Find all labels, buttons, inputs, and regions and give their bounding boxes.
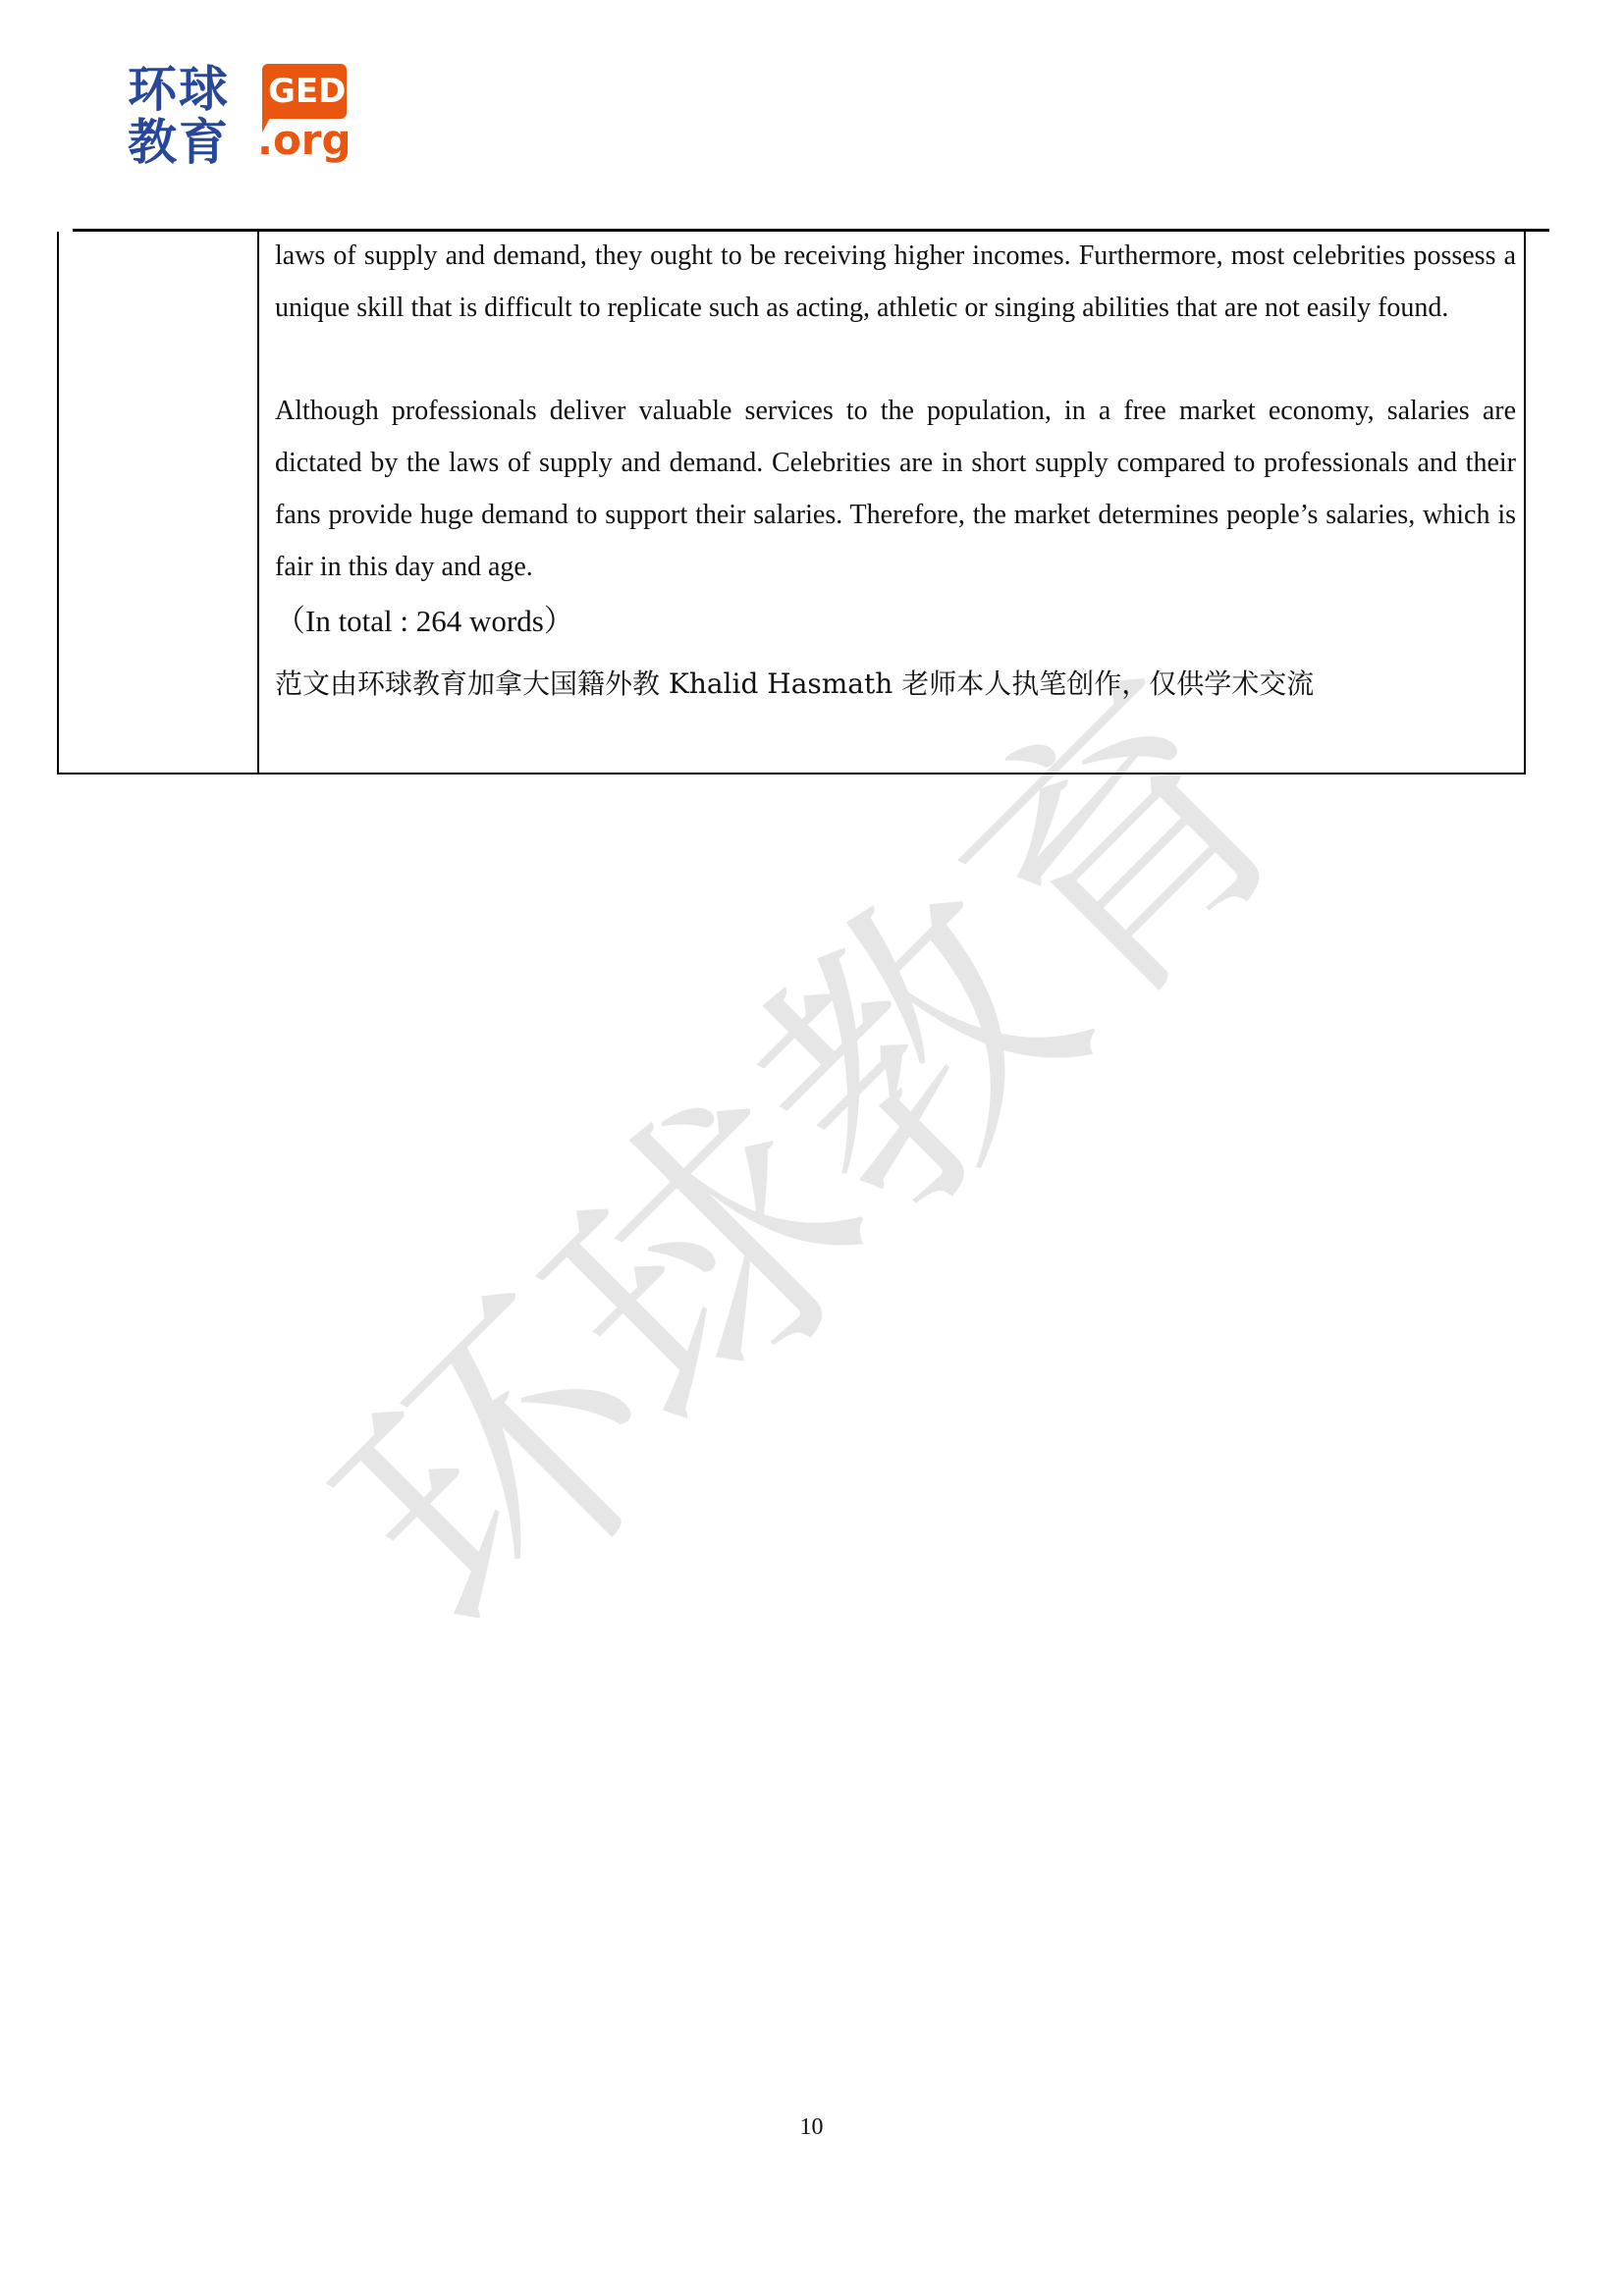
table-right-cell: laws of supply and demand, they ought to… [275,232,1516,719]
logo-cn-row1: 环球 [128,65,230,114]
gedu-logo: 环球 教育 GEDU .org [128,61,353,171]
logo-badge-text: GEDU [268,72,373,111]
table-left-cell [59,232,259,773]
page-number: 10 [0,2112,1623,2142]
essay-paragraph: Although professionals deliver valuable … [275,385,1516,593]
author-credit: 范文由环球教育加拿大国籍外教 Khalid Hasmath 老师本人执笔创作，仅… [275,650,1516,719]
logo-badge: GEDU [262,64,347,119]
logo-cn-row2: 教育 [128,118,230,167]
logo-domain: .org [257,116,352,165]
essay-paragraph: laws of supply and demand, they ought to… [275,230,1516,334]
essay-table: laws of supply and demand, they ought to… [57,232,1526,774]
paragraph-gap [275,334,1516,385]
word-count: （In total : 264 words） [275,593,1516,650]
